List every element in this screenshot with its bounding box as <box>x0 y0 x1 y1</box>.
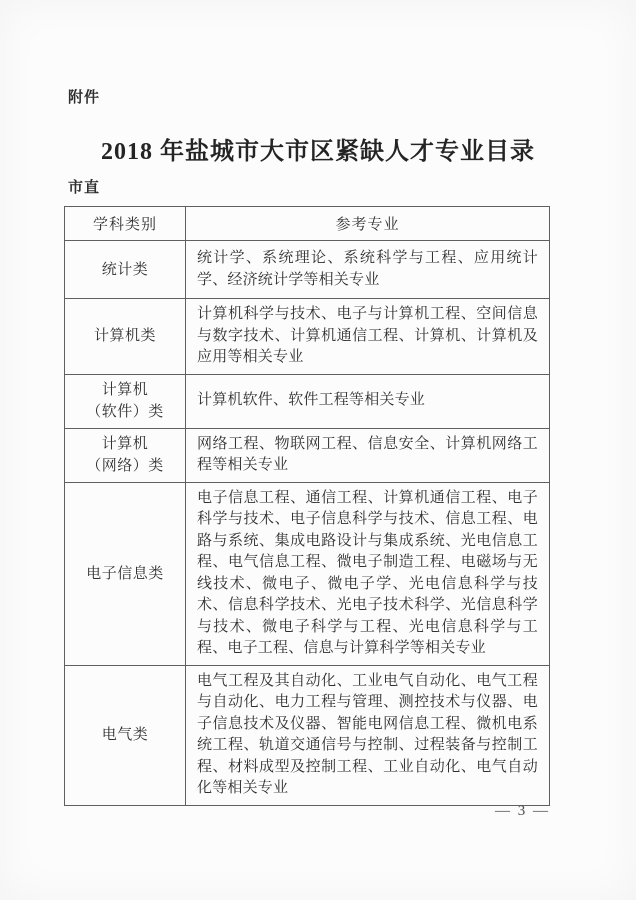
majors-catalog-table: 学科类别 参考专业 统计类 统计学、系统理论、系统科学与工程、应用统计学、经济统… <box>64 206 550 806</box>
category-cell: 计算机 （网络）类 <box>65 428 186 482</box>
table-row: 电子信息类 电子信息工程、通信工程、计算机通信工程、电子科学与技术、电子信息科学… <box>65 482 550 665</box>
document-page: 附件 2018 年盐城市大市区紧缺人才专业目录 市直 学科类别 参考专业 统计类… <box>0 0 636 900</box>
majors-cell: 计算机软件、软件工程等相关专业 <box>186 374 550 428</box>
category-cell: 电子信息类 <box>65 482 186 665</box>
column-header-category: 学科类别 <box>65 207 186 241</box>
column-header-majors: 参考专业 <box>186 207 550 241</box>
category-cell: 电气类 <box>65 665 186 805</box>
page-number: — 3 — <box>495 803 550 820</box>
majors-cell: 统计学、系统理论、系统科学与工程、应用统计学、经济统计学等相关专业 <box>186 241 550 299</box>
category-cell: 计算机 （软件）类 <box>65 374 186 428</box>
table-header-row: 学科类别 参考专业 <box>65 207 550 241</box>
majors-cell: 电气工程及其自动化、工业电气自动化、电气工程与自动化、电力工程与管理、测控技术与… <box>186 665 550 805</box>
section-label: 市直 <box>68 176 100 197</box>
table-row: 计算机 （网络）类 网络工程、物联网工程、信息安全、计算机网络工程等相关专业 <box>65 428 550 482</box>
majors-cell: 计算机科学与技术、电子与计算机工程、空间信息与数字技术、计算机通信工程、计算机、… <box>186 299 550 375</box>
table-row: 计算机类 计算机科学与技术、电子与计算机工程、空间信息与数字技术、计算机通信工程… <box>65 299 550 375</box>
page-title: 2018 年盐城市大市区紧缺人才专业目录 <box>0 131 636 166</box>
majors-cell: 网络工程、物联网工程、信息安全、计算机网络工程等相关专业 <box>186 428 550 482</box>
majors-cell: 电子信息工程、通信工程、计算机通信工程、电子科学与技术、电子信息科学与技术、信息… <box>186 482 550 665</box>
category-cell: 统计类 <box>65 241 186 299</box>
attachment-label: 附件 <box>68 86 100 107</box>
table-row: 电气类 电气工程及其自动化、工业电气自动化、电气工程与自动化、电力工程与管理、测… <box>65 665 550 805</box>
category-cell: 计算机类 <box>65 299 186 375</box>
table-row: 统计类 统计学、系统理论、系统科学与工程、应用统计学、经济统计学等相关专业 <box>65 241 550 299</box>
table-row: 计算机 （软件）类 计算机软件、软件工程等相关专业 <box>65 374 550 428</box>
